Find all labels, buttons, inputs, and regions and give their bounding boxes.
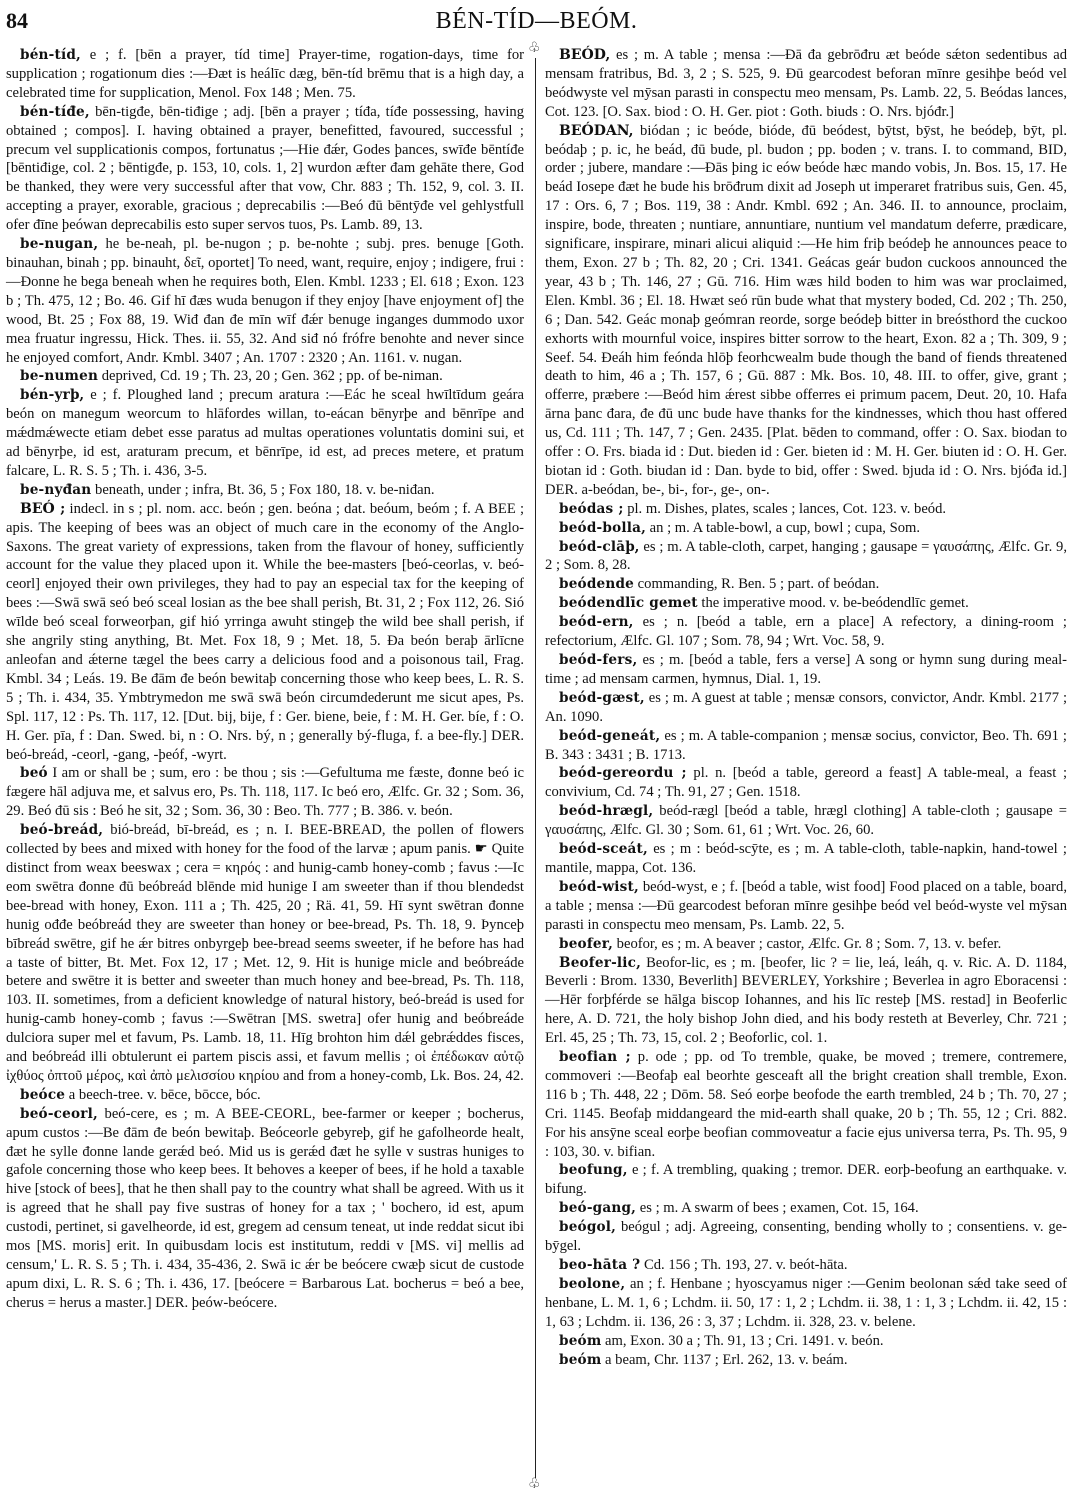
entry-definition: beó-cere, es ; m. A BEE-CEORL, bee-farme…	[6, 1106, 524, 1311]
entry-definition: bēn-tigđe, bēn-tiđige ; adj. [bēn a pray…	[6, 104, 524, 233]
entry-headword: beóm	[559, 1333, 601, 1349]
entry-headword: beolone,	[559, 1276, 625, 1292]
entry-headword: beofung,	[559, 1162, 628, 1178]
entry-headword: beód-gereordu ;	[559, 765, 687, 781]
entry-headword: beóce	[20, 1087, 65, 1103]
entry-definition: biódan ; ic beóde, bióde, đū beódest, bȳ…	[545, 123, 1067, 498]
entry-headword: BEÓD,	[559, 47, 610, 63]
dictionary-entry: beó-gang, es ; m. A swarm of bees ; exam…	[545, 1199, 1067, 1218]
entry-headword: be-numen	[20, 368, 98, 384]
entry-headword: beód-gæst,	[559, 690, 645, 706]
dictionary-entry: beód-gereordu ; pl. n. [beód a table, ge…	[545, 764, 1067, 802]
dictionary-entry: beód-fers, es ; m. [beód a table, fers a…	[545, 651, 1067, 689]
entry-definition: beógul ; adj. Agreeing, consenting, bend…	[545, 1219, 1067, 1254]
entry-headword: beódende	[559, 576, 634, 592]
entry-headword: Beofer-lic,	[559, 955, 641, 971]
entry-definition: I am or shall be ; sum, ero : be thou ; …	[6, 765, 524, 819]
dictionary-entry: bén-tíd, e ; f. [bēn a prayer, tíd time]…	[6, 46, 524, 103]
column-ornament-bottom-icon: ♧	[528, 1478, 541, 1492]
dictionary-entry: beód-gæst, es ; m. A guest at table ; me…	[545, 689, 1067, 727]
dictionary-entry: beód-ern, es ; n. [beód a table, ern a p…	[545, 613, 1067, 651]
entry-definition: beofor, es ; m. A beaver ; castor, Ælfc.…	[613, 936, 1001, 952]
dictionary-entry: be-nugan, he be-neah, pl. be-nugon ; p. …	[6, 235, 524, 367]
entry-headword: beód-sceát,	[559, 841, 648, 857]
dictionary-entry: bén-yrþ, e ; f. Ploughed land ; precum a…	[6, 386, 524, 481]
entry-headword: beód-ern,	[559, 614, 634, 630]
dictionary-entry: be-nyđan beneath, under ; infra, Bt. 36,…	[6, 481, 524, 500]
dictionary-entry: beóce a beech-tree. v. bēce, bōcce, bóc.	[6, 1086, 524, 1105]
entry-headword: beódendlīc gemet	[559, 595, 698, 611]
entry-definition: Cd. 156 ; Th. 193, 27. v. beót-hāta.	[640, 1257, 847, 1273]
entry-definition: am, Exon. 30 a ; Th. 91, 13 ; Cri. 1491.…	[601, 1333, 883, 1349]
entry-definition: e ; f. Ploughed land ; precum aratura :—…	[6, 387, 524, 479]
entry-definition: deprived, Cd. 19 ; Th. 23, 20 ; Gen. 362…	[98, 368, 443, 384]
entry-headword: beód-hrægl,	[559, 803, 653, 819]
entry-definition: indecl. in s ; pl. nom. acc. beón ; gen.…	[6, 501, 524, 763]
entry-definition: the imperative mood. v. be-beódendlīc ge…	[698, 595, 969, 611]
entry-headword: beó-gang,	[559, 1200, 636, 1216]
dictionary-entry: beód-clāþ, es ; m. A table-cloth, carpet…	[545, 538, 1067, 576]
entry-definition: p. ode ; pp. od To tremble, quake, be mo…	[545, 1049, 1067, 1160]
dictionary-entry: bén-tíđe, bēn-tigđe, bēn-tiđige ; adj. […	[6, 103, 524, 235]
dictionary-entry: be-numen deprived, Cd. 19 ; Th. 23, 20 ;…	[6, 367, 524, 386]
left-column: bén-tíd, e ; f. [bēn a prayer, tíd time]…	[6, 46, 524, 1313]
dictionary-entry: beód-sceát, es ; m : beód-scȳte, es ; m.…	[545, 840, 1067, 878]
dictionary-entry: beód-wist, beód-wyst, e ; f. [beód a tab…	[545, 878, 1067, 935]
entry-definition: an ; m. A table-bowl, a cup, bowl ; cupa…	[646, 520, 920, 536]
right-column: BEÓD, es ; m. A table ; mensa :—Đā đa ge…	[545, 46, 1067, 1369]
dictionary-entry: beolone, an ; f. Henbane ; hyoscyamus ni…	[545, 1275, 1067, 1332]
entry-headword: beód-geneát,	[559, 728, 660, 744]
dictionary-entry: beó-ceorl, beó-cere, es ; m. A BEE-CEORL…	[6, 1105, 524, 1313]
entry-definition: a beam, Chr. 1137 ; Erl. 262, 13. v. beá…	[601, 1352, 847, 1368]
entry-headword: bén-tíđe,	[20, 104, 90, 120]
entry-definition: beneath, under ; infra, Bt. 36, 5 ; Fox …	[91, 482, 434, 498]
entry-headword: beofian ;	[559, 1049, 631, 1065]
entry-headword: BEÓDAN,	[559, 123, 633, 139]
entry-headword: bén-yrþ,	[20, 387, 84, 403]
entry-headword: beó-breád,	[20, 822, 103, 838]
dictionary-entry: beó I am or shall be ; sum, ero : be tho…	[6, 764, 524, 821]
dictionary-entry: BEÓD, es ; m. A table ; mensa :—Đā đa ge…	[545, 46, 1067, 122]
entry-definition: es ; m. A table ; mensa :—Đā đa gebrōđru…	[545, 47, 1067, 120]
entry-headword: beó	[20, 765, 48, 781]
dictionary-entry: beofian ; p. ode ; pp. od To tremble, qu…	[545, 1048, 1067, 1161]
entry-headword: beódas ;	[559, 501, 624, 517]
dictionary-entry: beóm a beam, Chr. 1137 ; Erl. 262, 13. v…	[545, 1351, 1067, 1370]
entry-headword: beód-fers,	[559, 652, 637, 668]
dictionary-entry: Beofer-lic, Beofor-lic, es ; m. [beofer,…	[545, 954, 1067, 1049]
entry-definition: es ; m. A swarm of bees ; examen, Cot. 1…	[636, 1200, 919, 1216]
dictionary-entry: beo-hāta ? Cd. 156 ; Th. 193, 27. v. beó…	[545, 1256, 1067, 1275]
entry-definition: bió-breád, bī-breád, es ; n. I. BEE-BREA…	[6, 822, 524, 1084]
entry-headword: bén-tíd,	[20, 47, 81, 63]
entry-headword: beód-clāþ,	[559, 539, 640, 555]
dictionary-entry: beód-geneát, es ; m. A table-companion ;…	[545, 727, 1067, 765]
dictionary-entry: BEÓDAN, biódan ; ic beóde, bióde, đū beó…	[545, 122, 1067, 500]
dictionary-entry: beód-hrægl, beód-rægl [beód a table, hræ…	[545, 802, 1067, 840]
entry-definition: commanding, R. Ben. 5 ; part. of beódan.	[634, 576, 879, 592]
dictionary-entry: beód-bolla, an ; m. A table-bowl, a cup,…	[545, 519, 1067, 538]
dictionary-entry: beódende commanding, R. Ben. 5 ; part. o…	[545, 575, 1067, 594]
dictionary-entry: beódendlīc gemet the imperative mood. v.…	[545, 594, 1067, 613]
entry-headword: beód-bolla,	[559, 520, 646, 536]
entry-headword: beo-hāta ?	[559, 1257, 640, 1273]
dictionary-entry: beódas ; pl. m. Dishes, plates, scales ;…	[545, 500, 1067, 519]
dictionary-entry: BEÓ ; indecl. in s ; pl. nom. acc. beón …	[6, 500, 524, 765]
dictionary-entry: beó-breád, bió-breád, bī-breád, es ; n. …	[6, 821, 524, 1086]
dictionary-entry: beofung, e ; f. A trembling, quaking ; t…	[545, 1161, 1067, 1199]
column-ornament-top-icon: ♧	[528, 42, 541, 56]
column-divider	[535, 58, 536, 1478]
page-header: 84 BÉN-TÍD—BEÓM.	[0, 6, 1073, 40]
entry-definition: a beech-tree. v. bēce, bōcce, bóc.	[65, 1087, 261, 1103]
dictionary-entry: beóm am, Exon. 30 a ; Th. 91, 13 ; Cri. …	[545, 1332, 1067, 1351]
entry-definition: e ; f. [bēn a prayer, tíd time] Prayer-t…	[6, 47, 524, 101]
dictionary-entry: beofer, beofor, es ; m. A beaver ; casto…	[545, 935, 1067, 954]
entry-headword: beód-wist,	[559, 879, 639, 895]
entry-headword: BEÓ ;	[20, 501, 65, 517]
entry-definition: he be-neah, pl. be-nugon ; p. be-nohte ;…	[6, 236, 524, 365]
entry-headword: be-nugan,	[20, 236, 98, 252]
dictionary-entry: beógol, beógul ; adj. Agreeing, consenti…	[545, 1218, 1067, 1256]
entry-headword: beofer,	[559, 936, 613, 952]
entry-definition: pl. m. Dishes, plates, scales ; lances, …	[624, 501, 947, 517]
entry-headword: beógol,	[559, 1219, 616, 1235]
entry-headword: beóm	[559, 1352, 601, 1368]
running-head: BÉN-TÍD—BEÓM.	[0, 8, 1073, 35]
entry-headword: beó-ceorl,	[20, 1106, 98, 1122]
entry-headword: be-nyđan	[20, 482, 91, 498]
